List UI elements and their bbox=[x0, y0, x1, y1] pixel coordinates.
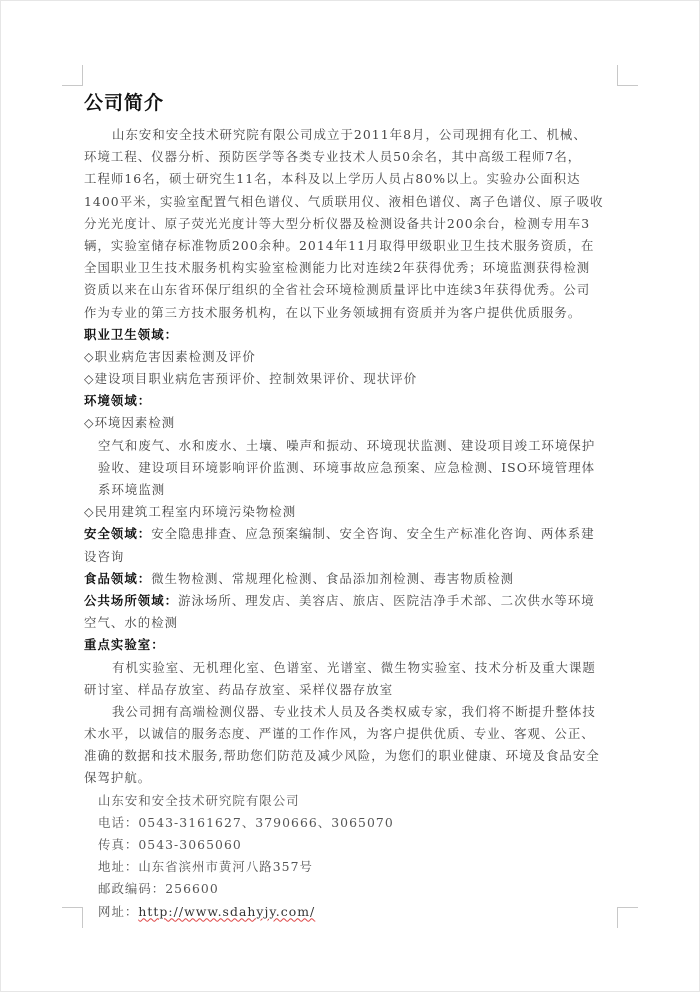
section-text: 研讨室、样品存放室、药品存放室、采样仪器存放室 bbox=[84, 679, 618, 701]
section-text: 游泳场所、理发店、美容店、旅店、医院洁净手术部、二次供水等环境 bbox=[178, 593, 595, 608]
section-heading: 安全领域： bbox=[84, 526, 151, 541]
intro-line: 作为专业的第三方技术服务机构，在以下业务领域拥有资质并为客户提供优质服务。 bbox=[84, 302, 618, 324]
list-item: ◇职业病危害因素检测及评价 bbox=[84, 346, 618, 368]
phone-label: 电话： bbox=[98, 815, 138, 830]
list-item: ◇民用建筑工程室内环境污染物检测 bbox=[84, 501, 618, 523]
phone-value: 0543-3161627、3790666、3065070 bbox=[138, 815, 393, 830]
section-text: 设咨询 bbox=[84, 546, 618, 568]
postcode-value: 256600 bbox=[165, 881, 219, 896]
section-heading: 食品领域： bbox=[84, 571, 151, 586]
company-name: 山东安和安全技术研究院有限公司 bbox=[84, 790, 618, 812]
fax-line: 传真：0543-3065060 bbox=[84, 834, 618, 856]
section-heading: 重点实验室： bbox=[84, 634, 618, 656]
closing-line: 准确的数据和技术服务,帮助您们防范及减少风险，为您们的职业健康、环境及食品安全 bbox=[84, 745, 618, 767]
list-item: ◇建设项目职业病危害预评价、控制效果评价、现状评价 bbox=[84, 368, 618, 390]
section-safety: 安全领域：安全隐患排查、应急预案编制、安全咨询、安全生产标准化咨询、两体系建 设… bbox=[84, 523, 618, 567]
margin-corner-bottom-left bbox=[62, 907, 83, 928]
contact-block: 山东安和安全技术研究院有限公司 电话：0543-3161627、3790666、… bbox=[84, 790, 618, 923]
fax-value: 0543-3065060 bbox=[138, 837, 242, 852]
intro-line: 1400平米，实验室配置气相色谱仪、气质联用仪、液相色谱仪、离子色谱仪、原子吸收 bbox=[84, 191, 618, 213]
section-food: 食品领域：微生物检测、常规理化检测、食品添加剂检测、毒害物质检测 bbox=[84, 568, 618, 590]
section-heading: 职业卫生领域： bbox=[84, 324, 618, 346]
intro-line: 辆，实验室储存标准物质200余种。2014年11月取得甲级职业卫生技术服务资质，… bbox=[84, 235, 618, 257]
closing-line: 我公司拥有高端检测仪器、专业技术人员及各类权威专家，我们将不断提升整体技 bbox=[84, 701, 618, 723]
intro-line: 山东安和安全技术研究院有限公司成立于2011年8月，公司现拥有化工、机械、 bbox=[84, 124, 618, 146]
list-item: ◇环境因素检测 bbox=[84, 412, 618, 434]
postcode-line: 邮政编码：256600 bbox=[84, 878, 618, 900]
section-text: 空气、水的检测 bbox=[84, 612, 618, 634]
section-text: 有机实验室、无机理化室、色谱室、光谱室、微生物实验室、技术分析及重大课题 bbox=[84, 657, 618, 679]
intro-line: 资质以来在山东省环保厅组织的全省社会环境检测质量评比中连续3年获得优秀。公司 bbox=[84, 279, 618, 301]
section-heading: 环境领域： bbox=[84, 390, 618, 412]
section-text: 安全隐患排查、应急预案编制、安全咨询、安全生产标准化咨询、两体系建 bbox=[151, 526, 595, 541]
fax-label: 传真： bbox=[98, 837, 138, 852]
website-link[interactable]: http://www.sdahyjy.com/ bbox=[138, 904, 315, 919]
intro-line: 全国职业卫生技术服务机构实验室检测能力比对连续2年获得优秀；环境监测获得检测 bbox=[84, 257, 618, 279]
section-occupational-health: 职业卫生领域： ◇职业病危害因素检测及评价 ◇建设项目职业病危害预评价、控制效果… bbox=[84, 324, 618, 391]
intro-paragraph: 山东安和安全技术研究院有限公司成立于2011年8月，公司现拥有化工、机械、 环境… bbox=[84, 124, 618, 324]
address-label: 地址： bbox=[98, 859, 138, 874]
section-environment: 环境领域： ◇环境因素检测 空气和废气、水和废水、土壤、噪声和振动、环境现状监测… bbox=[84, 390, 618, 523]
intro-line: 环境工程、仪器分析、预防医学等各类专业技术人员50余名，其中高级工程师7名， bbox=[84, 146, 618, 168]
closing-line: 术水平，以诚信的服务态度、严谨的工作作风，为客户提供优质、专业、客观、公正、 bbox=[84, 723, 618, 745]
address-value: 山东省滨州市黄河八路357号 bbox=[138, 859, 313, 874]
phone-line: 电话：0543-3161627、3790666、3065070 bbox=[84, 812, 618, 834]
intro-line: 工程师16名，硕士研究生11名，本科及以上学历人员占80%以上。实验办公面积达 bbox=[84, 168, 618, 190]
website-line: 网址：http://www.sdahyjy.com/ bbox=[84, 901, 618, 923]
document-body: 山东安和安全技术研究院有限公司成立于2011年8月，公司现拥有化工、机械、 环境… bbox=[84, 124, 618, 923]
closing-paragraph: 我公司拥有高端检测仪器、专业技术人员及各类权威专家，我们将不断提升整体技 术水平… bbox=[84, 701, 618, 790]
document-title: 公司简介 bbox=[84, 88, 164, 115]
margin-corner-top-left bbox=[62, 65, 83, 86]
section-key-labs: 重点实验室： 有机实验室、无机理化室、色谱室、光谱室、微生物实验室、技术分析及重… bbox=[84, 634, 618, 701]
list-item-detail: 验收、建设项目环境影响评价监测、环境事故应急预案、应急检测、ISO环境管理体 bbox=[84, 457, 618, 479]
closing-line: 保驾护航。 bbox=[84, 767, 618, 789]
website-label: 网址： bbox=[98, 904, 138, 919]
margin-corner-bottom-right bbox=[617, 907, 638, 928]
intro-line: 分光光度计、原子荧光光度计等大型分析仪器及检测设备共计200余台，检测专用车3 bbox=[84, 213, 618, 235]
margin-corner-top-right bbox=[617, 65, 638, 86]
address-line: 地址：山东省滨州市黄河八路357号 bbox=[84, 856, 618, 878]
list-item-detail: 系环境监测 bbox=[84, 479, 618, 501]
section-heading: 公共场所领域： bbox=[84, 593, 178, 608]
postcode-label: 邮政编码： bbox=[98, 881, 165, 896]
list-item-detail: 空气和废气、水和废水、土壤、噪声和振动、环境现状监测、建设项目竣工环境保护 bbox=[84, 435, 618, 457]
section-public-places: 公共场所领域：游泳场所、理发店、美容店、旅店、医院洁净手术部、二次供水等环境 空… bbox=[84, 590, 618, 634]
section-text: 微生物检测、常规理化检测、食品添加剂检测、毒害物质检测 bbox=[151, 571, 514, 586]
